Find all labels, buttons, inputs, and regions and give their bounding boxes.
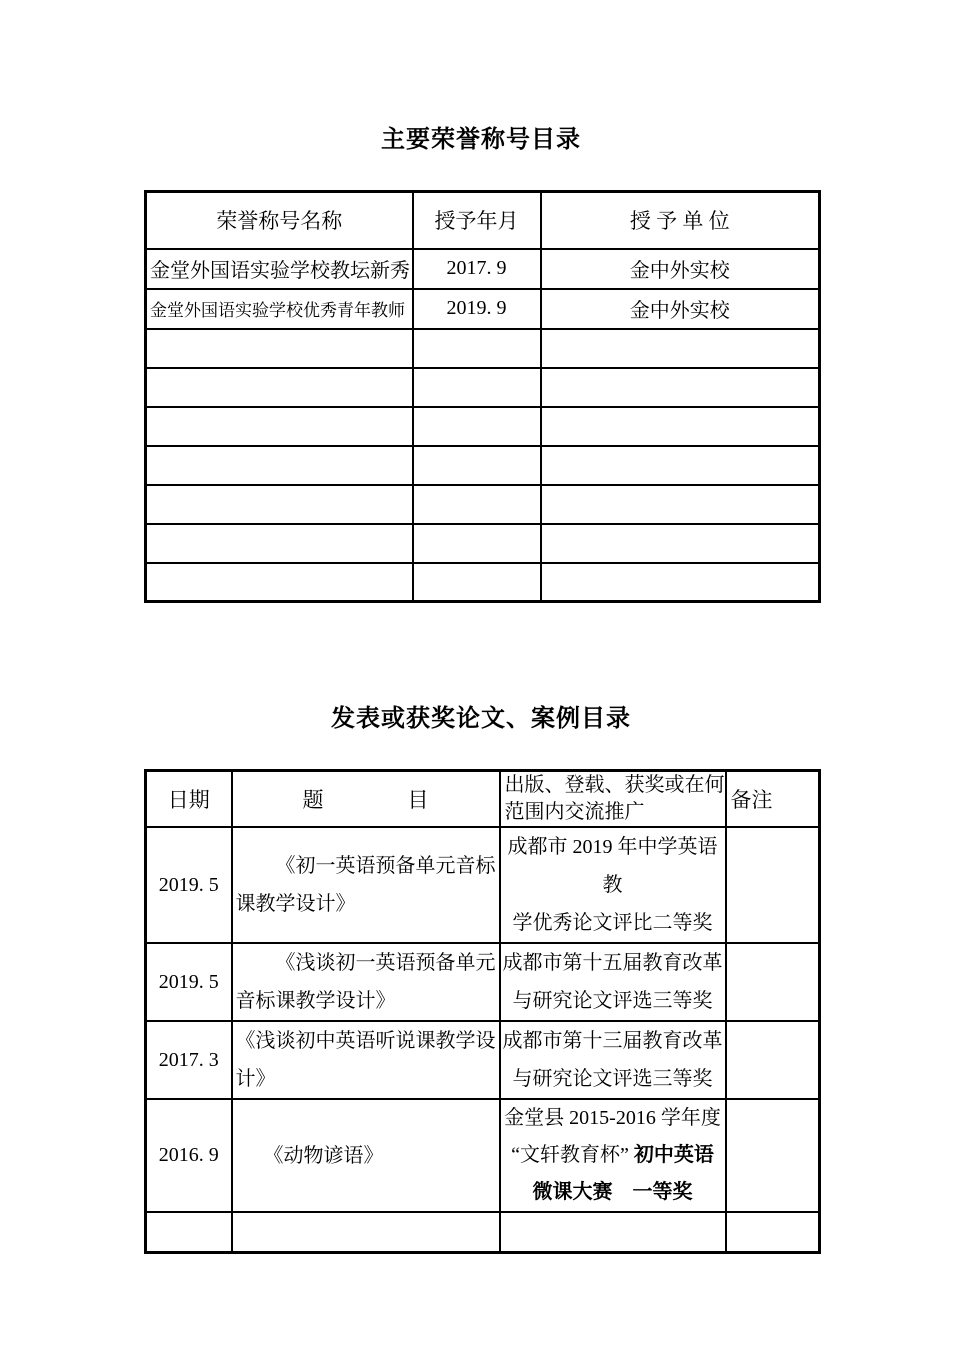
paper-title-cell: 《浅谈初中英语听说课教学设 计》 [232,1021,500,1099]
honor-date-cell: 2019. 9 [413,289,541,329]
papers-header-date: 日期 [146,771,232,828]
empty-cell [232,1212,500,1252]
papers-header-scope-line1: 出版、登载、获奖或在何 [501,772,725,799]
paper-date-cell: 2019. 5 [146,827,232,943]
empty-cell [541,329,820,368]
empty-row [146,407,820,446]
papers-header-row: 日期 题 目 出版、登载、获奖或在何 范围内交流推广 备注 [146,771,820,828]
empty-cell [541,563,820,602]
honor-name-cell: 金堂外国语实验学校优秀青年教师 [146,289,413,329]
paper-title-cell: 《初一英语预备单元音标 课教学设计》 [232,827,500,943]
honor-unit-cell: 金中外实校 [541,289,820,329]
paper-scope-cell: 成都市 2019 年中学英语教 学优秀论文评比二等奖 [500,827,726,943]
honors-section-title: 主要荣誉称号目录 [144,123,818,157]
paper-note-cell [726,1021,820,1099]
papers-header-title: 题 目 [232,771,500,828]
empty-cell [146,563,413,602]
empty-cell [146,524,413,563]
empty-cell [500,1212,726,1252]
empty-cell [413,368,541,407]
paper-scope-line: 学优秀论文评比二等奖 [503,904,723,942]
empty-cell [146,407,413,446]
paper-note-cell [726,943,820,1021]
empty-cell [146,485,413,524]
papers-section-title: 发表或获奖论文、案例目录 [144,702,818,736]
paper-scope-cell: 成都市第十三届教育改革 与研究论文评选三等奖 [500,1021,726,1099]
honor-date-cell: 2017. 9 [413,249,541,289]
empty-row [146,368,820,407]
empty-row [146,446,820,485]
paper-row: 2019. 5 《初一英语预备单元音标 课教学设计》 成都市 2019 年中学英… [146,827,820,943]
empty-cell [413,485,541,524]
empty-row [146,563,820,602]
empty-cell [541,368,820,407]
empty-cell [413,524,541,563]
honors-table: 荣誉称号名称 授予年月 授 予 单 位 金堂外国语实验学校教坛新秀 2017. … [144,190,821,603]
empty-cell [726,1212,820,1252]
honors-header-name: 荣誉称号名称 [146,192,413,249]
papers-table: 日期 题 目 出版、登载、获奖或在何 范围内交流推广 备注 2019. 5 《初… [144,769,821,1254]
empty-cell [541,485,820,524]
paper-row: 2017. 3 《浅谈初中英语听说课教学设 计》 成都市第十三届教育改革 与研究… [146,1021,820,1099]
paper-title-cell: 《动物谚语》 [232,1099,500,1212]
empty-cell [413,446,541,485]
empty-row [146,1212,820,1252]
paper-title-line: 《浅谈初一英语预备单元 [236,944,496,982]
honor-row: 金堂外国语实验学校教坛新秀 2017. 9 金中外实校 [146,249,820,289]
papers-header-note: 备注 [726,771,820,828]
paper-scope-line: 微课大赛 一等奖 [503,1174,723,1211]
papers-header-scope: 出版、登载、获奖或在何 范围内交流推广 [500,771,726,828]
paper-scope-line: 金堂县 2015-2016 学年度 [503,1100,723,1137]
papers-header-scope-line2: 范围内交流推广 [501,799,725,826]
paper-scope-cell: 成都市第十五届教育改革 与研究论文评选三等奖 [500,943,726,1021]
paper-note-cell [726,1099,820,1212]
honor-name-cell: 金堂外国语实验学校教坛新秀 [146,249,413,289]
empty-cell [541,446,820,485]
paper-date-cell: 2016. 9 [146,1099,232,1212]
empty-cell [541,407,820,446]
paper-scope-line: 成都市第十五届教育改革 [503,944,723,982]
empty-cell [541,524,820,563]
empty-cell [146,368,413,407]
paper-scope-bold-text: 初中英语 [634,1144,714,1166]
paper-scope-cell: 金堂县 2015-2016 学年度 “文轩教育杯” 初中英语 微课大赛 一等奖 [500,1099,726,1212]
honor-row: 金堂外国语实验学校优秀青年教师 2019. 9 金中外实校 [146,289,820,329]
empty-cell [413,329,541,368]
empty-cell [146,1212,232,1252]
paper-title-line: 《初一英语预备单元音标 [236,847,496,885]
document-page: 主要荣誉称号目录 荣誉称号名称 授予年月 授 予 单 位 金堂外国语实验学校教坛… [0,0,960,1357]
paper-scope-line: 成都市第十三届教育改革 [503,1022,723,1060]
empty-row [146,524,820,563]
paper-title-line: 计》 [236,1060,496,1098]
paper-title-line: 《动物谚语》 [236,1137,496,1175]
paper-row: 2016. 9 《动物谚语》 金堂县 2015-2016 学年度 “文轩教育杯”… [146,1099,820,1212]
empty-cell [413,407,541,446]
paper-date-cell: 2019. 5 [146,943,232,1021]
honors-header-unit: 授 予 单 位 [541,192,820,249]
paper-note-cell [726,827,820,943]
paper-scope-line: 成都市 2019 年中学英语教 [503,828,723,904]
empty-cell [146,446,413,485]
paper-scope-text: “文轩教育杯” [511,1144,634,1166]
empty-cell [146,329,413,368]
empty-row [146,329,820,368]
honors-header-row: 荣誉称号名称 授予年月 授 予 单 位 [146,192,820,249]
empty-row [146,485,820,524]
paper-date-cell: 2017. 3 [146,1021,232,1099]
empty-cell [413,563,541,602]
honors-header-date: 授予年月 [413,192,541,249]
paper-scope-line: “文轩教育杯” 初中英语 [503,1137,723,1174]
paper-scope-line: 与研究论文评选三等奖 [503,1060,723,1098]
paper-title-line: 课教学设计》 [236,885,496,923]
paper-row: 2019. 5 《浅谈初一英语预备单元 音标课教学设计》 成都市第十五届教育改革… [146,943,820,1021]
paper-title-line: 《浅谈初中英语听说课教学设 [236,1022,496,1060]
paper-title-line: 音标课教学设计》 [236,982,496,1020]
paper-title-cell: 《浅谈初一英语预备单元 音标课教学设计》 [232,943,500,1021]
honor-unit-cell: 金中外实校 [541,249,820,289]
paper-scope-line: 与研究论文评选三等奖 [503,982,723,1020]
